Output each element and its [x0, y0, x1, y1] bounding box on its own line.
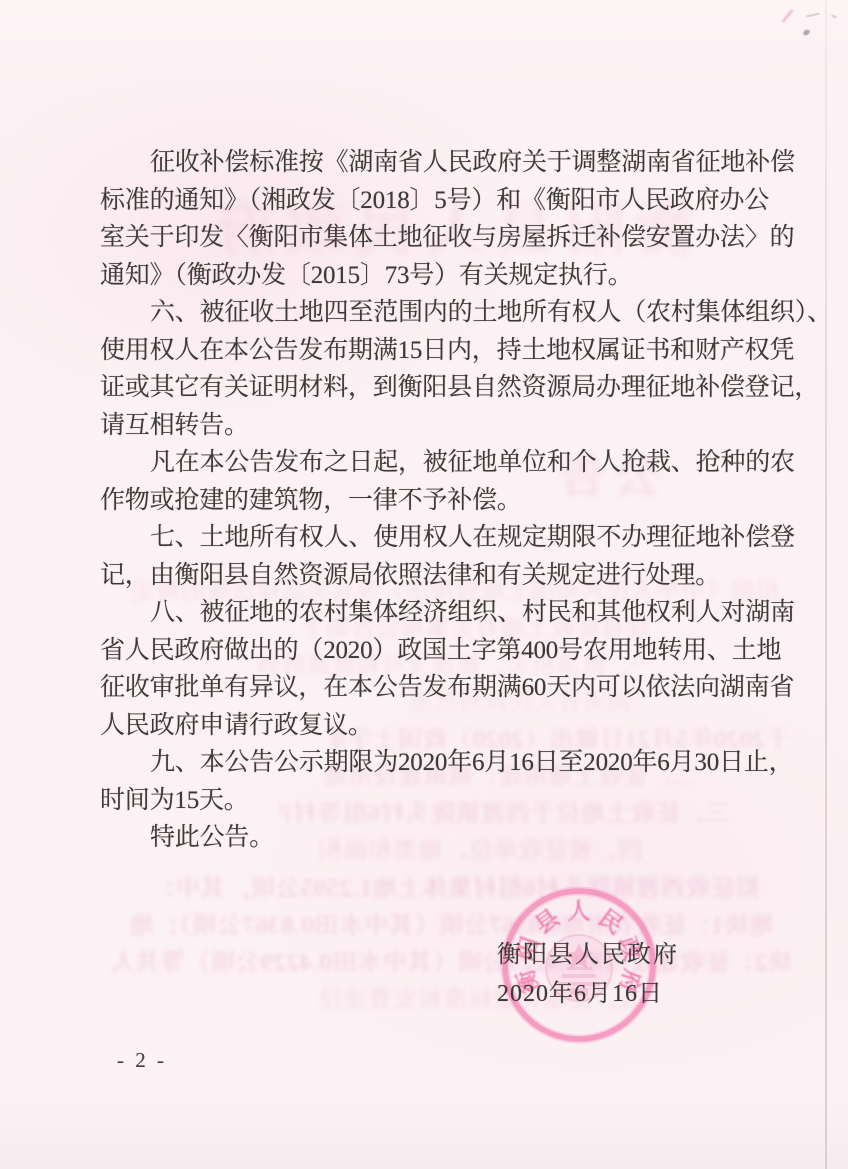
body-line: 特此公告。 — [100, 819, 796, 857]
signature-date: 2020年6月16日 — [497, 973, 663, 1008]
body-line: 请互相转告。 — [100, 407, 796, 445]
body-line: 证或其它有关证明材料，到衡阳县自然资源局办理征地补偿登记， — [100, 369, 796, 407]
body-line: 室关于印发〈衡阳市集体土地征收与房屋拆迁补偿安置办法〉的 — [100, 219, 796, 257]
body-line: 六、被征收土地四至范围内的土地所有权人（农村集体组织）、 — [100, 294, 796, 332]
signature-name: 衡阳县人民政府 — [497, 934, 679, 969]
body-line: 通知》（衡政办发〔2015〕73号）有关规定执行。 — [100, 257, 796, 295]
body-line: 九、本公告公示期限为2020年6月16日至2020年6月30日止， — [100, 744, 796, 782]
page-number: - 2 - — [117, 1048, 167, 1073]
body-line: 征收补偿标准按《湖南省人民政府关于调整湖南省征地补偿 — [100, 144, 796, 182]
scanned-document-page: 衡阳县人民政府公告根据《中华人民共和国土地管理法》等有关法律法规的规定现将征收土… — [0, 0, 848, 1169]
body-line: 使用权人在本公告发布期满15日内，持土地权属证书和财产权凭 — [100, 332, 796, 370]
body-line: 八、被征地的农村集体经济组织、村民和其他权利人对湖南 — [100, 594, 796, 632]
body-line: 征收审批单有异议，在本公告发布期满60天内可以依法向湖南省 — [100, 669, 796, 707]
body-line: 标准的通知》（湘政发〔2018〕5号）和《衡阳市人民政府办公 — [100, 182, 796, 220]
document-body: 征收补偿标准按《湖南省人民政府关于调整湖南省征地补偿标准的通知》（湘政发〔201… — [100, 144, 796, 857]
body-line: 人民政府申请行政复议。 — [100, 707, 796, 745]
body-line: 记，由衡阳县自然资源局依照法律和有关规定进行处理。 — [100, 557, 796, 595]
document-content: 征收补偿标准按《湖南省人民政府关于调整湖南省征地补偿标准的通知》（湘政发〔201… — [0, 0, 848, 1169]
body-line: 凡在本公告发布之日起，被征地单位和个人抢栽、抢种的农 — [100, 444, 796, 482]
body-line: 作物或抢建的建筑物，一律不予补偿。 — [100, 482, 796, 520]
body-line: 时间为15天。 — [100, 782, 796, 820]
body-line: 七、土地所有权人、使用权人在规定期限不办理征地补偿登 — [100, 519, 796, 557]
body-line: 省人民政府做出的（2020）政国土字第400号农用地转用、土地 — [100, 632, 796, 670]
